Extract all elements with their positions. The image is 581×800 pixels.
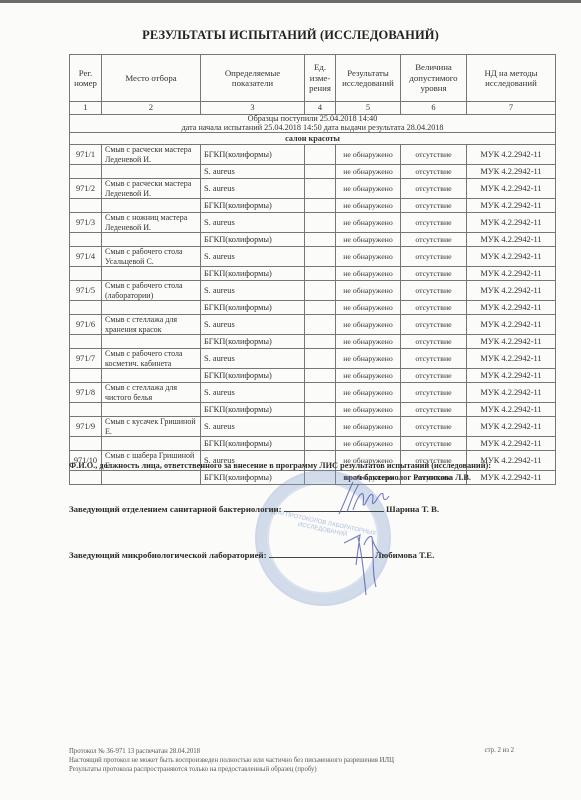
header-unit: Ед. изме-рения <box>305 55 336 102</box>
section-row: салон красоты <box>70 133 556 145</box>
sampling-place: Смыв с рабочего стола Усальцевой С. <box>102 247 201 267</box>
indicator: S. aureus <box>201 247 305 267</box>
method-document: МУК 4.2.2942-11 <box>467 145 556 165</box>
indicator: S. aureus <box>201 417 305 437</box>
reg-number <box>70 233 102 247</box>
unit <box>305 179 336 199</box>
reg-number <box>70 335 102 349</box>
allowed-level: отсутствие <box>401 267 467 281</box>
allowed-level: отсутствие <box>401 349 467 369</box>
unit <box>305 383 336 403</box>
method-document: МУК 4.2.2942-11 <box>467 213 556 233</box>
table-row: БГКП(колиформы)не обнаруженоотсутствиеМУ… <box>70 301 556 315</box>
header-methods: НД на методы исследований <box>467 55 556 102</box>
reg-number: 971/7 <box>70 349 102 369</box>
signature-row-microbiology: Заведующий микробиологической лаборатори… <box>69 548 434 560</box>
unit <box>305 145 336 165</box>
result: не обнаружено <box>336 335 401 349</box>
indicator: БГКП(колиформы) <box>201 403 305 417</box>
result: не обнаружено <box>336 165 401 179</box>
table-row: БГКП(колиформы)не обнаруженоотсутствиеМУ… <box>70 199 556 213</box>
reg-number: 971/3 <box>70 213 102 233</box>
footer-scope-note: Результаты протокола распространяются то… <box>69 765 394 774</box>
table-row: 971/4Смыв с рабочего стола Усальцевой С.… <box>70 247 556 267</box>
column-numbers-row: 1 2 3 4 5 6 7 <box>70 102 556 115</box>
result: не обнаружено <box>336 281 401 301</box>
method-document: МУК 4.2.2942-11 <box>467 281 556 301</box>
result: не обнаружено <box>336 247 401 267</box>
signature-role: Заведующий отделением санитарной бактери… <box>69 504 282 514</box>
indicator: БГКП(колиформы) <box>201 301 305 315</box>
unit <box>305 165 336 179</box>
table-row: БГКП(колиформы)не обнаруженоотсутствиеМУ… <box>70 335 556 349</box>
unit <box>305 233 336 247</box>
column-number: 7 <box>467 102 556 115</box>
method-document: МУК 4.2.2942-11 <box>467 335 556 349</box>
allowed-level: отсутствие <box>401 199 467 213</box>
indicator: S. aureus <box>201 179 305 199</box>
indicator: S. aureus <box>201 165 305 179</box>
sampling-place <box>102 471 201 485</box>
result: не обнаружено <box>336 349 401 369</box>
sampling-place: Смыв с расчески мастера Леденевой И. <box>102 145 201 165</box>
table-row: 971/1Смыв с расчески мастера Леденевой И… <box>70 145 556 165</box>
method-document: МУК 4.2.2942-11 <box>467 417 556 437</box>
column-number: 4 <box>305 102 336 115</box>
unit <box>305 213 336 233</box>
unit <box>305 315 336 335</box>
table-header-row: Рег. номер Место отбора Определяемые пок… <box>70 55 556 102</box>
unit <box>305 267 336 281</box>
allowed-level: отсутствие <box>401 335 467 349</box>
dates-info-cell: Образцы поступили 25.04.2018 14:40 дата … <box>70 115 556 133</box>
method-document: МУК 4.2.2942-11 <box>467 267 556 281</box>
unit <box>305 301 336 315</box>
table-row: БГКП(колиформы)не обнаруженоотсутствиеМУ… <box>70 437 556 451</box>
indicator: S. aureus <box>201 281 305 301</box>
method-document: МУК 4.2.2942-11 <box>467 315 556 335</box>
header-results: Результаты исследований <box>336 55 401 102</box>
header-allowed-level: Величина допустимого уровня <box>401 55 467 102</box>
method-document: МУК 4.2.2942-11 <box>467 349 556 369</box>
reg-number: 971/9 <box>70 417 102 437</box>
column-number: 1 <box>70 102 102 115</box>
reg-number <box>70 199 102 213</box>
unit <box>305 281 336 301</box>
method-document: МУК 4.2.2942-11 <box>467 199 556 213</box>
scan-top-edge <box>0 0 581 3</box>
signature-name: Любимова Т.Е. <box>375 550 434 560</box>
indicator: S. aureus <box>201 349 305 369</box>
reg-number <box>70 437 102 451</box>
result: не обнаружено <box>336 267 401 281</box>
sampling-place: Смыв с стеллажа для хранения красок <box>102 315 201 335</box>
indicator: БГКП(колиформы) <box>201 145 305 165</box>
header-sampling-place: Место отбора <box>102 55 201 102</box>
unit <box>305 403 336 417</box>
table-row: 971/6Смыв с стеллажа для хранения красок… <box>70 315 556 335</box>
results-table: Рег. номер Место отбора Определяемые пок… <box>69 54 556 485</box>
reg-number: 971/1 <box>70 145 102 165</box>
indicator: БГКП(колиформы) <box>201 267 305 281</box>
sampling-place: Смыв с рабочего стола косметич. кабинета <box>102 349 201 369</box>
allowed-level: отсутствие <box>401 281 467 301</box>
unit <box>305 349 336 369</box>
sampling-place: Смыв с расчески мастера Леденевой И. <box>102 179 201 199</box>
allowed-level: отсутствие <box>401 417 467 437</box>
unit <box>305 437 336 451</box>
table-row: 971/9Смыв с кусачек Гришиной Е.S. aureus… <box>70 417 556 437</box>
sampling-place <box>102 199 201 213</box>
sampling-place <box>102 335 201 349</box>
responsible-person-label: Ф.И.О., должность лица, ответственного з… <box>69 461 491 470</box>
result: не обнаружено <box>336 199 401 213</box>
allowed-level: отсутствие <box>401 145 467 165</box>
signature-role: Заведующий микробиологической лаборатори… <box>69 550 267 560</box>
unit <box>305 247 336 267</box>
table-row: 971/8Смыв с стеллажа для чистого бельяS.… <box>70 383 556 403</box>
allowed-level: отсутствие <box>401 213 467 233</box>
result: не обнаружено <box>336 369 401 383</box>
column-number: 6 <box>401 102 467 115</box>
allowed-level: отсутствие <box>401 369 467 383</box>
header-reg-number: Рег. номер <box>70 55 102 102</box>
column-number: 3 <box>201 102 305 115</box>
reg-number: 971/4 <box>70 247 102 267</box>
method-document: МУК 4.2.2942-11 <box>467 247 556 267</box>
indicator: БГКП(колиформы) <box>201 335 305 349</box>
indicator: БГКП(колиформы) <box>201 369 305 383</box>
header-indicators: Определяемые показатели <box>201 55 305 102</box>
table-row: 971/5Смыв с рабочего стола (лаборатории)… <box>70 281 556 301</box>
allowed-level: отсутствие <box>401 315 467 335</box>
table-row: 971/7Смыв с рабочего стола косметич. каб… <box>70 349 556 369</box>
method-document: МУК 4.2.2942-11 <box>467 179 556 199</box>
sampling-place <box>102 437 201 451</box>
footer-copy-restriction: Настоящий протокол не может быть воспрои… <box>69 756 394 765</box>
result: не обнаружено <box>336 315 401 335</box>
result: не обнаружено <box>336 233 401 247</box>
indicator: S. aureus <box>201 383 305 403</box>
column-number: 5 <box>336 102 401 115</box>
document-title: РЕЗУЛЬТАТЫ ИСПЫТАНИЙ (ИССЛЕДОВАНИЙ) <box>0 28 581 43</box>
table-row: 971/3Смыв с ножниц мастера Леденевой И.S… <box>70 213 556 233</box>
table-row: 971/2Смыв с расчески мастера Леденевой И… <box>70 179 556 199</box>
reg-number <box>70 301 102 315</box>
test-dates-text: дата начала испытаний 25.04.2018 14:50 д… <box>73 124 552 133</box>
reg-number <box>70 165 102 179</box>
result: не обнаружено <box>336 301 401 315</box>
result: не обнаружено <box>336 417 401 437</box>
allowed-level: отсутствие <box>401 179 467 199</box>
footer-notes: Протокол № 36-971 13 распечатан 28.04.20… <box>69 747 394 774</box>
method-document: МУК 4.2.2942-11 <box>467 403 556 417</box>
allowed-level: отсутствие <box>401 437 467 451</box>
footer-protocol-line: Протокол № 36-971 13 распечатан 28.04.20… <box>69 747 394 756</box>
table-row: БГКП(колиформы)не обнаруженоотсутствиеМУ… <box>70 403 556 417</box>
result: не обнаружено <box>336 383 401 403</box>
method-document: МУК 4.2.2942-11 <box>467 471 556 485</box>
unit <box>305 335 336 349</box>
sampling-place <box>102 233 201 247</box>
allowed-level: отсутствие <box>401 301 467 315</box>
sampling-place <box>102 369 201 383</box>
result: не обнаружено <box>336 403 401 417</box>
result: не обнаружено <box>336 145 401 165</box>
sampling-place: Смыв с кусачек Гришиной Е. <box>102 417 201 437</box>
table-row: БГКП(колиформы)не обнаруженоотсутствиеМУ… <box>70 267 556 281</box>
sampling-place <box>102 165 201 179</box>
table-row: БГКП(колиформы)не обнаруженоотсутствиеМУ… <box>70 369 556 383</box>
reg-number <box>70 403 102 417</box>
signature-name: Шарина Т. В. <box>386 504 439 514</box>
reg-number: 971/5 <box>70 281 102 301</box>
round-stamp: ДЛЯ ПРОТОКОЛОВ ЛАБОРАТОРНЫХ ИССЛЕДОВАНИЙ <box>255 470 391 606</box>
allowed-level: отсутствие <box>401 383 467 403</box>
indicator: БГКП(колиформы) <box>201 437 305 451</box>
indicator: S. aureus <box>201 315 305 335</box>
sampling-place: Смыв с ножниц мастера Леденевой И. <box>102 213 201 233</box>
sampling-place <box>102 403 201 417</box>
method-document: МУК 4.2.2942-11 <box>467 233 556 247</box>
signature-line <box>284 502 384 512</box>
method-document: МУК 4.2.2942-11 <box>467 383 556 403</box>
reg-number: 971/6 <box>70 315 102 335</box>
method-document: МУК 4.2.2942-11 <box>467 369 556 383</box>
table-row: S. aureusне обнаруженоотсутствиеМУК 4.2.… <box>70 165 556 179</box>
reg-number: 971/2 <box>70 179 102 199</box>
result: не обнаружено <box>336 437 401 451</box>
sampling-place: Смыв с стеллажа для чистого белья <box>102 383 201 403</box>
unit <box>305 417 336 437</box>
indicator: БГКП(колиформы) <box>201 233 305 247</box>
signature-line <box>269 548 373 558</box>
method-document: МУК 4.2.2942-11 <box>467 437 556 451</box>
section-title: салон красоты <box>70 133 556 145</box>
indicator: S. aureus <box>201 213 305 233</box>
signature-row-bacteriology: Заведующий отделением санитарной бактери… <box>69 502 439 514</box>
allowed-level: отсутствие <box>401 403 467 417</box>
unit <box>305 369 336 383</box>
allowed-level: отсутствие <box>401 233 467 247</box>
method-document: МУК 4.2.2942-11 <box>467 165 556 179</box>
reg-number <box>70 471 102 485</box>
allowed-level: отсутствие <box>401 247 467 267</box>
indicator: БГКП(колиформы) <box>201 199 305 213</box>
result: не обнаружено <box>336 179 401 199</box>
responsible-person-name: врач-бактериолог Ратникова Л.В. <box>344 473 471 482</box>
reg-number <box>70 267 102 281</box>
unit <box>305 199 336 213</box>
sampling-place <box>102 301 201 315</box>
method-document: МУК 4.2.2942-11 <box>467 301 556 315</box>
reg-number <box>70 369 102 383</box>
sampling-place <box>102 267 201 281</box>
result: не обнаружено <box>336 213 401 233</box>
column-number: 2 <box>102 102 201 115</box>
page-number: стр. 2 из 2 <box>485 747 514 754</box>
dates-info-row: Образцы поступили 25.04.2018 14:40 дата … <box>70 115 556 133</box>
table-row: БГКП(колиформы)не обнаруженоотсутствиеМУ… <box>70 233 556 247</box>
sampling-place: Смыв с рабочего стола (лаборатории) <box>102 281 201 301</box>
allowed-level: отсутствие <box>401 165 467 179</box>
reg-number: 971/8 <box>70 383 102 403</box>
